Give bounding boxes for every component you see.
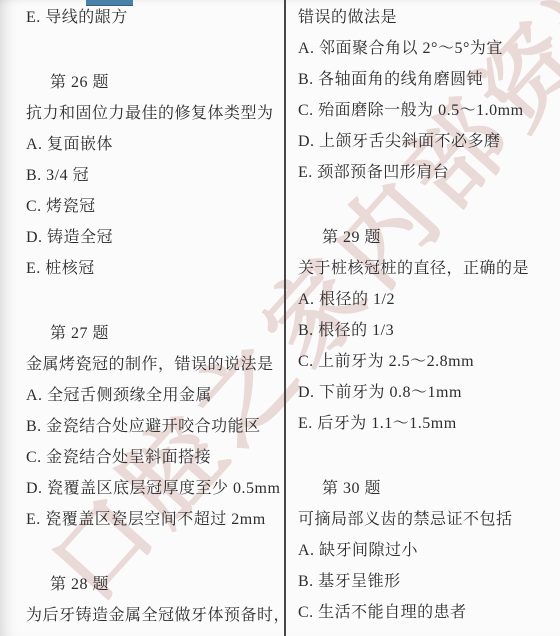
question-stem: 金属烤瓷冠的制作，错误的说法是 (26, 349, 282, 380)
question-stem: 抗力和固位力最佳的修复体类型为 (26, 98, 282, 129)
answer-option: E. 颈部预备凹形肩台 (298, 157, 558, 188)
answer-option: A. 全冠舌侧颈缘全用金属 (26, 380, 282, 411)
question-column-right: 错误的做法是A. 邻面聚合角以 2°～5°为宜B. 各轴面角的线角磨圆钝C. 殆… (298, 0, 558, 628)
answer-option: C. 殆面磨除一般为 0.5～1.0mm (298, 95, 558, 126)
answer-option: C. 生活不能自理的患者 (298, 597, 558, 628)
question-stem: 关于桩核冠桩的直径，正确的是 (298, 253, 558, 284)
answer-option: D. 下前牙为 0.8～1mm (298, 377, 558, 408)
answer-option: C. 上前牙为 2.5～2.8mm (298, 346, 558, 377)
answer-option: E. 后牙为 1.1～1.5mm (298, 408, 558, 439)
answer-option: E. 瓷覆盖区瓷层空间不超过 2mm (26, 504, 282, 535)
answer-option: B. 3/4 冠 (26, 160, 282, 191)
question-heading: 第 28 题 (26, 569, 282, 600)
column-divider-line (284, 0, 286, 636)
answer-option: D. 瓷覆盖区底层冠厚度至少 0.5mm (26, 473, 282, 504)
question-stem: 错误的做法是 (298, 2, 558, 33)
question-heading: 第 27 题 (26, 318, 282, 349)
answer-option: B. 金瓷结合处应避开咬合功能区 (26, 411, 282, 442)
question-stem: 可摘局部义齿的禁忌证不包括 (298, 504, 558, 535)
question-heading: 第 30 题 (298, 473, 558, 504)
answer-option: B. 根径的 1/3 (298, 315, 558, 346)
answer-option: A. 根径的 1/2 (298, 284, 558, 315)
question-column-left: E. 导线的龈方第 26 题抗力和固位力最佳的修复体类型为A. 复面嵌体B. 3… (26, 0, 282, 631)
answer-option: E. 桩核冠 (26, 253, 282, 284)
answer-option: B. 基牙呈锥形 (298, 566, 558, 597)
answer-option: E. 导线的龈方 (26, 2, 282, 33)
exam-sheet-page: 口腔之家内部资料 E. 导线的龈方第 26 题抗力和固位力最佳的修复体类型为A.… (0, 0, 560, 636)
question-stem: 为后牙铸造金属全冠做牙体预备时， (26, 600, 282, 631)
answer-option: C. 烤瓷冠 (26, 191, 282, 222)
answer-option: A. 复面嵌体 (26, 129, 282, 160)
answer-option: D. 上颌牙舌尖斜面不必多磨 (298, 126, 558, 157)
answer-option: A. 邻面聚合角以 2°～5°为宜 (298, 33, 558, 64)
answer-option: D. 铸造全冠 (26, 222, 282, 253)
answer-option: A. 缺牙间隙过小 (298, 535, 558, 566)
answer-option: B. 各轴面角的线角磨圆钝 (298, 64, 558, 95)
question-heading: 第 29 题 (298, 222, 558, 253)
question-heading: 第 26 题 (26, 67, 282, 98)
answer-option: C. 金瓷结合处呈斜面搭接 (26, 442, 282, 473)
